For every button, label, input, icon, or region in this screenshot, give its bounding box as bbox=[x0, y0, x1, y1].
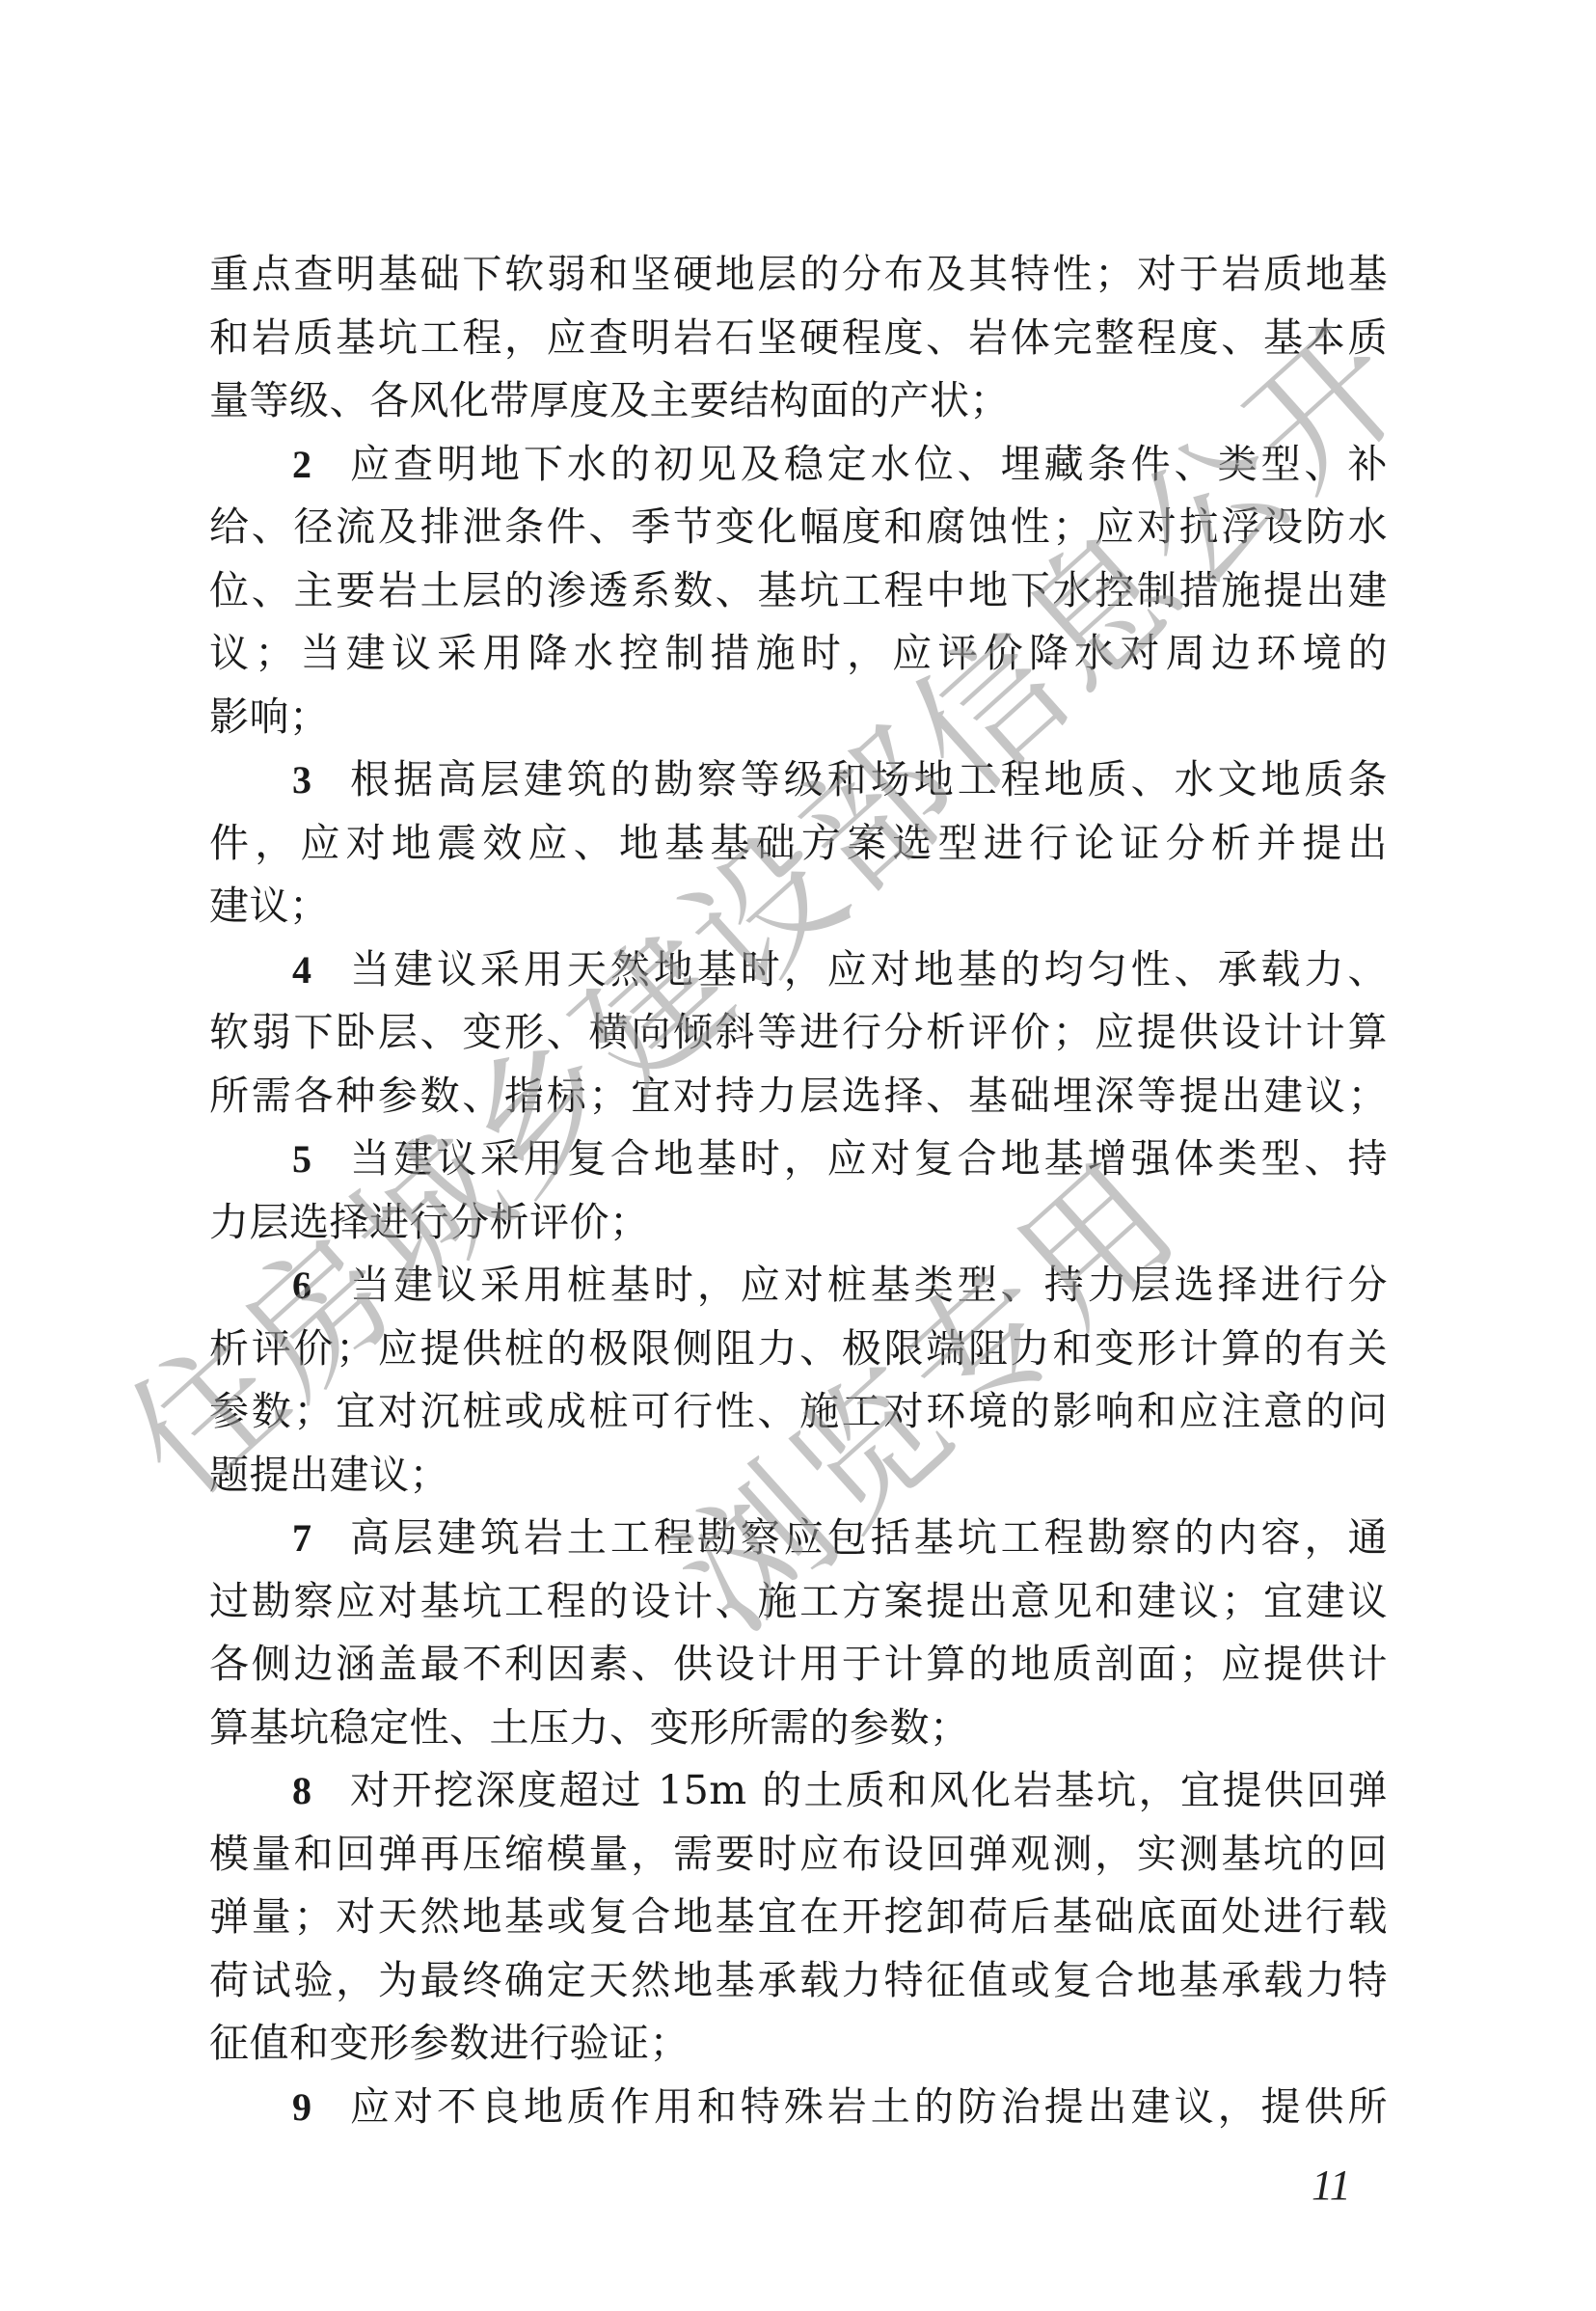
text-line: 量等级、各风化带厚度及主要结构面的产状； bbox=[209, 369, 1388, 433]
line-text: 算基坑稳定性、土压力、变形所需的参数； bbox=[209, 1704, 970, 1751]
line-text: 高层建筑岩土工程勘察应包括基坑工程勘察的内容，通 bbox=[350, 1507, 1388, 1570]
text-line: 重点查明基础下软弱和坚硬地层的分布及其特性；对于岩质地基 bbox=[209, 243, 1388, 307]
line-text: 参数；宜对沉桩或成桩可行性、施工对环境的影响和应注意的问 bbox=[209, 1388, 1388, 1434]
line-text: 所需各种参数、指标；宜对持力层选择、基础埋深等提出建议； bbox=[209, 1073, 1388, 1119]
clause-number: 8 bbox=[292, 1759, 331, 1823]
line-text: 根据高层建筑的勘察等级和场地工程地质、水文地质条 bbox=[350, 748, 1388, 812]
clause-number: 4 bbox=[292, 938, 331, 1002]
text-line: 建议； bbox=[209, 875, 1388, 938]
line-text: 量等级、各风化带厚度及主要结构面的产状； bbox=[209, 377, 1010, 423]
clause-item-line: 4当建议采用天然地基时，应对地基的均匀性、承载力、 bbox=[209, 938, 1388, 1002]
clause-number: 2 bbox=[292, 433, 331, 497]
line-text: 位、主要岩土层的渗透系数、基坑工程中地下水控制措施提出建 bbox=[209, 567, 1388, 613]
line-text: 件，应对地震效应、地基基础方案选型进行论证分析并提出 bbox=[209, 820, 1388, 866]
text-line: 给、径流及排泄条件、季节变化幅度和腐蚀性；应对抗浮设防水 bbox=[209, 496, 1388, 559]
line-text: 议；当建议采用降水控制措施时，应评价降水对周边环境的 bbox=[209, 630, 1388, 676]
text-line: 荷试验，为最终确定天然地基承载力特征值或复合地基承载力特 bbox=[209, 1949, 1388, 2013]
text-line: 征值和变形参数进行验证； bbox=[209, 2012, 1388, 2076]
line-text: 对开挖深度超过 15m 的土质和风化岩基坑，宜提供回弹 bbox=[350, 1759, 1388, 1823]
text-line: 弹量；对天然地基或复合地基宜在开挖卸荷后基础底面处进行载 bbox=[209, 1886, 1388, 1949]
text-line: 位、主要岩土层的渗透系数、基坑工程中地下水控制措施提出建 bbox=[209, 559, 1388, 623]
clause-number: 7 bbox=[292, 1507, 331, 1570]
document-page: 重点查明基础下软弱和坚硬地层的分布及其特性；对于岩质地基和岩质基坑工程，应查明岩… bbox=[0, 0, 1596, 2311]
text-line: 题提出建议； bbox=[209, 1444, 1388, 1508]
text-line: 过勘察应对基坑工程的设计、施工方案提出意见和建议；宜建议 bbox=[209, 1570, 1388, 1634]
clause-number: 6 bbox=[292, 1254, 331, 1318]
clause-item-line: 7高层建筑岩土工程勘察应包括基坑工程勘察的内容，通 bbox=[209, 1507, 1388, 1570]
line-text: 荷试验，为最终确定天然地基承载力特征值或复合地基承载力特 bbox=[209, 1957, 1388, 2003]
line-text: 征值和变形参数进行验证； bbox=[209, 2020, 690, 2066]
line-text: 题提出建议； bbox=[209, 1452, 449, 1498]
line-text: 应查明地下水的初见及稳定水位、埋藏条件、类型、补 bbox=[350, 433, 1388, 497]
line-text: 建议； bbox=[209, 883, 330, 929]
text-line: 件，应对地震效应、地基基础方案选型进行论证分析并提出 bbox=[209, 812, 1388, 876]
line-text: 和岩质基坑工程，应查明岩石坚硬程度、岩体完整程度、基本质 bbox=[209, 314, 1388, 361]
line-text: 力层选择进行分析评价； bbox=[209, 1199, 650, 1245]
line-text: 重点查明基础下软弱和坚硬地层的分布及其特性；对于岩质地基 bbox=[209, 251, 1388, 297]
text-line: 析评价；应提供桩的极限侧阻力、极限端阻力和变形计算的有关 bbox=[209, 1318, 1388, 1381]
text-line: 参数；宜对沉桩或成桩可行性、施工对环境的影响和应注意的问 bbox=[209, 1380, 1388, 1444]
line-text: 各侧边涵盖最不利因素、供设计用于计算的地质剖面；应提供计 bbox=[209, 1641, 1388, 1687]
clause-item-line: 8对开挖深度超过 15m 的土质和风化岩基坑，宜提供回弹 bbox=[209, 1759, 1388, 1823]
line-text: 当建议采用天然地基时，应对地基的均匀性、承载力、 bbox=[350, 938, 1388, 1002]
text-line: 软弱下卧层、变形、横向倾斜等进行分析评价；应提供设计计算 bbox=[209, 1001, 1388, 1065]
text-line: 各侧边涵盖最不利因素、供设计用于计算的地质剖面；应提供计 bbox=[209, 1633, 1388, 1697]
line-text: 当建议采用复合地基时，应对复合地基增强体类型、持 bbox=[350, 1128, 1388, 1191]
text-line: 模量和回弹再压缩模量，需要时应布设回弹观测，实测基坑的回 bbox=[209, 1823, 1388, 1887]
clause-item-line: 5当建议采用复合地基时，应对复合地基增强体类型、持 bbox=[209, 1128, 1388, 1191]
text-line: 力层选择进行分析评价； bbox=[209, 1191, 1388, 1255]
text-line: 算基坑稳定性、土压力、变形所需的参数； bbox=[209, 1697, 1388, 1760]
line-text: 影响； bbox=[209, 693, 330, 740]
line-text: 应对不良地质作用和特殊岩土的防治提出建议，提供所 bbox=[350, 2076, 1388, 2139]
text-line: 议；当建议采用降水控制措施时，应评价降水对周边环境的 bbox=[209, 622, 1388, 686]
line-text: 软弱下卧层、变形、横向倾斜等进行分析评价；应提供设计计算 bbox=[209, 1009, 1388, 1055]
line-text: 当建议采用桩基时，应对桩基类型、持力层选择进行分 bbox=[350, 1254, 1388, 1318]
line-text: 给、径流及排泄条件、季节变化幅度和腐蚀性；应对抗浮设防水 bbox=[209, 503, 1388, 550]
text-line: 和岩质基坑工程，应查明岩石坚硬程度、岩体完整程度、基本质 bbox=[209, 307, 1388, 370]
clause-item-line: 6当建议采用桩基时，应对桩基类型、持力层选择进行分 bbox=[209, 1254, 1388, 1318]
body-text: 重点查明基础下软弱和坚硬地层的分布及其特性；对于岩质地基和岩质基坑工程，应查明岩… bbox=[209, 243, 1388, 2138]
line-text: 模量和回弹再压缩模量，需要时应布设回弹观测，实测基坑的回 bbox=[209, 1831, 1388, 1877]
clause-item-line: 9应对不良地质作用和特殊岩土的防治提出建议，提供所 bbox=[209, 2076, 1388, 2139]
page-number: 11 bbox=[1312, 2161, 1351, 2210]
line-text: 过勘察应对基坑工程的设计、施工方案提出意见和建议；宜建议 bbox=[209, 1578, 1388, 1624]
text-line: 影响； bbox=[209, 686, 1388, 749]
clause-number: 3 bbox=[292, 748, 331, 812]
line-text: 弹量；对天然地基或复合地基宜在开挖卸荷后基础底面处进行载 bbox=[209, 1893, 1388, 1940]
text-line: 所需各种参数、指标；宜对持力层选择、基础埋深等提出建议； bbox=[209, 1065, 1388, 1128]
clause-item-line: 3根据高层建筑的勘察等级和场地工程地质、水文地质条 bbox=[209, 748, 1388, 812]
clause-item-line: 2应查明地下水的初见及稳定水位、埋藏条件、类型、补 bbox=[209, 433, 1388, 497]
clause-number: 5 bbox=[292, 1128, 331, 1191]
clause-number: 9 bbox=[292, 2076, 331, 2139]
line-text: 析评价；应提供桩的极限侧阻力、极限端阻力和变形计算的有关 bbox=[209, 1325, 1388, 1372]
